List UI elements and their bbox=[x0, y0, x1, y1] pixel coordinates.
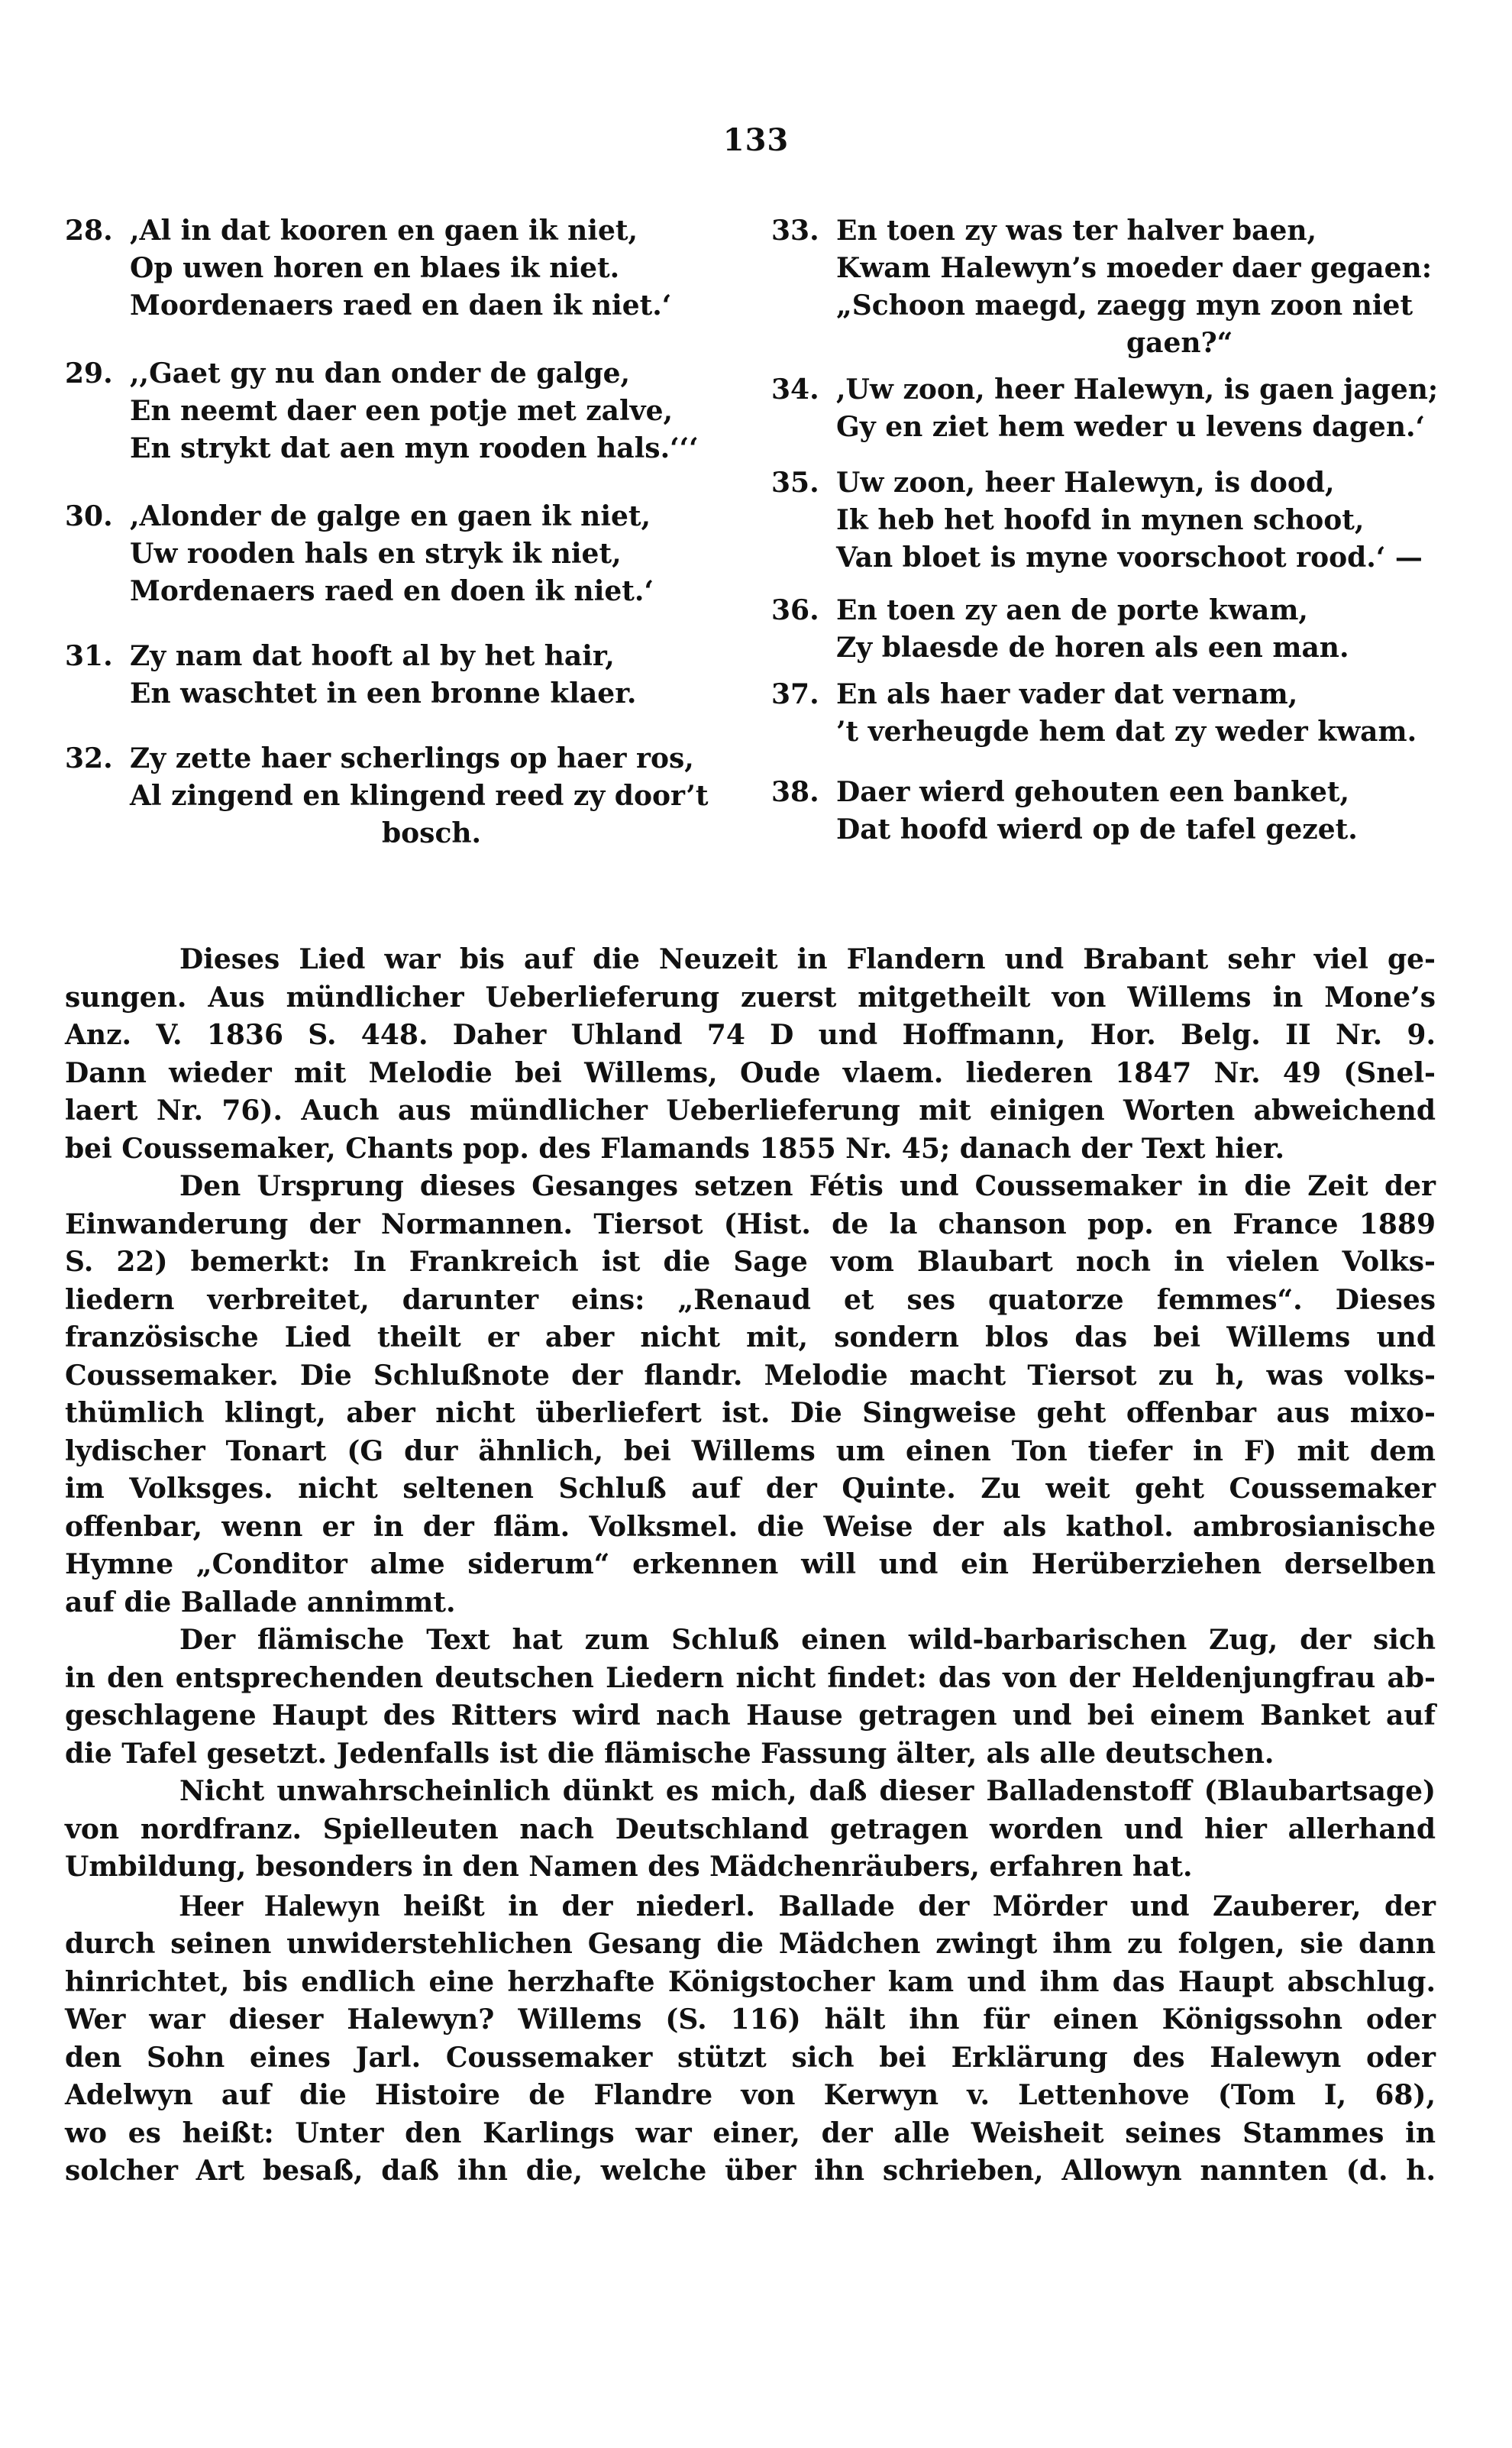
prose-line: Dieses Lied war bis auf die Neuzeit in F… bbox=[65, 941, 1436, 979]
prose-line: bei Coussemaker, Chants pop. des Flamand… bbox=[65, 1130, 1436, 1169]
verse-line-continuation: gaen?“ bbox=[836, 325, 1443, 362]
prose-line: thümlich klingt, aber nicht überliefert … bbox=[65, 1395, 1436, 1433]
prose-line: wo es heißt: Unter den Karlings war eine… bbox=[65, 2115, 1436, 2153]
inline-heading: Heer Halewyn bbox=[179, 1888, 380, 1923]
prose-line: liedern verbreitet, darunter eins: „Rena… bbox=[65, 1282, 1436, 1320]
prose-line: Coussemaker. Die Schlußnote der flandr. … bbox=[65, 1357, 1436, 1395]
stanza-number: 34. bbox=[771, 371, 819, 409]
prose-line: Der flämische Text hat zum Schluß einen … bbox=[65, 1622, 1436, 1660]
stanza-number: 35. bbox=[771, 464, 819, 502]
prose-line: laert Nr. 76). Auch aus mündlicher Ueber… bbox=[65, 1092, 1436, 1130]
prose-line: solcher Art besaß, daß ihn die, welche ü… bbox=[65, 2152, 1436, 2191]
stanza-number: 29. bbox=[65, 355, 113, 393]
prose-line: französische Lied theilt er aber nicht m… bbox=[65, 1319, 1436, 1357]
stanza-number: 33. bbox=[771, 212, 819, 250]
stanza-number: 30. bbox=[65, 498, 113, 535]
verse-line: ,Al in dat kooren en gaen ik niet, bbox=[130, 212, 737, 250]
verse-line: Zy zette haer scherlings op haer ros, bbox=[130, 740, 737, 778]
stanza: 37.En als haer vader dat vernam,’t verhe… bbox=[771, 676, 1443, 751]
prose-line: Hymne „Conditor alme siderum“ erkennen w… bbox=[65, 1546, 1436, 1584]
stanza-number: 36. bbox=[771, 592, 819, 629]
prose-line: in den entsprechenden deutschen Liedern … bbox=[65, 1660, 1436, 1698]
stanza: 30.,Alonder de galge en gaen ik niet,Uw … bbox=[65, 498, 737, 610]
stanza: 35.Uw zoon, heer Halewyn, is dood,Ik heb… bbox=[771, 464, 1443, 577]
verse-line: Ik heb het hoofd in mynen schoot, bbox=[836, 502, 1443, 539]
stanza: 29.,,Gaet gy nu dan onder de galge,En ne… bbox=[65, 355, 737, 467]
prose-line: auf die Ballade annimmt. bbox=[65, 1584, 1436, 1622]
prose-line: offenbar, wenn er in der fläm. Volksmel.… bbox=[65, 1509, 1436, 1547]
verse-line: En als haer vader dat vernam, bbox=[836, 676, 1443, 713]
stanza-number: 37. bbox=[771, 676, 819, 713]
verse-line: Mordenaers raed en doen ik niet.‘ bbox=[130, 573, 737, 610]
verse-line: Zy blaesde de horen als een man. bbox=[836, 629, 1443, 667]
prose-line: durch seinen unwiderstehlichen Gesang di… bbox=[65, 1926, 1436, 1964]
verse-line: En toen zy was ter halver baen, bbox=[836, 212, 1443, 250]
verse-line: En strykt dat aen myn rooden hals.‘‘‘ bbox=[130, 430, 737, 467]
verse-column-right: 33.En toen zy was ter halver baen,Kwam H… bbox=[771, 212, 1443, 867]
verse-line: ’t verheugde hem dat zy weder kwam. bbox=[836, 713, 1443, 751]
prose-line: Nicht unwahrscheinlich dünkt es mich, da… bbox=[65, 1773, 1436, 1811]
stanza-number: 32. bbox=[65, 740, 113, 778]
prose-line: lydischer Tonart (G dur ähnlich, bei Wil… bbox=[65, 1433, 1436, 1471]
prose-line: Anz. V. 1836 S. 448. Daher Uhland 74 D u… bbox=[65, 1017, 1436, 1055]
prose-line: Umbildung, besonders in den Namen des Mä… bbox=[65, 1848, 1436, 1887]
verse-line-continuation: bosch. bbox=[130, 815, 737, 852]
prose-line: Heer Halewyn heißt in der niederl. Balla… bbox=[65, 1887, 1436, 1926]
verse-line: ,Uw zoon, heer Halewyn, is gaen jagen; bbox=[836, 371, 1443, 409]
verse-line: Zy nam dat hooft al by het hair, bbox=[130, 638, 737, 675]
prose-line: im Volksges. nicht seltenen Schluß auf d… bbox=[65, 1470, 1436, 1509]
verse-column-left: 28.,Al in dat kooren en gaen ik niet,Op … bbox=[65, 212, 737, 871]
verse-line: Uw rooden hals en stryk ik niet, bbox=[130, 535, 737, 573]
prose-line: Den Ursprung dieses Gesanges setzen Féti… bbox=[65, 1168, 1436, 1206]
verse-line: Kwam Halewyn’s moeder daer gegaen: bbox=[836, 250, 1443, 287]
stanza: 33.En toen zy was ter halver baen,Kwam H… bbox=[771, 212, 1443, 362]
prose-line: sungen. Aus mündlicher Ueberlieferung zu… bbox=[65, 979, 1436, 1017]
stanza: 36.En toen zy aen de porte kwam,Zy blaes… bbox=[771, 592, 1443, 667]
stanza: 38.Daer wierd gehouten een banket,Dat ho… bbox=[771, 774, 1443, 849]
prose-line: von nordfranz. Spielleuten nach Deutschl… bbox=[65, 1811, 1436, 1849]
prose-line: hinrichtet, bis endlich eine herzhafte K… bbox=[65, 1964, 1436, 2002]
prose-line: Wer war dieser Halewyn? Willems (S. 116)… bbox=[65, 2001, 1436, 2039]
stanza-number: 28. bbox=[65, 212, 113, 250]
verse-line: En waschtet in een bronne klaer. bbox=[130, 675, 737, 713]
verse-line: Van bloet is myne voorschoot rood.‘ — bbox=[836, 539, 1443, 577]
verse-line: Op uwen horen en blaes ik niet. bbox=[130, 250, 737, 287]
verse-line: Uw zoon, heer Halewyn, is dood, bbox=[836, 464, 1443, 502]
prose-line: geschlagene Haupt des Ritters wird nach … bbox=[65, 1697, 1436, 1735]
verse-line: „Schoon maegd, zaegg myn zoon niet bbox=[836, 287, 1443, 325]
prose-line: die Tafel gesetzt. Jedenfalls ist die fl… bbox=[65, 1735, 1436, 1774]
verse-line: Moordenaers raed en daen ik niet.‘ bbox=[130, 287, 737, 325]
verse-line: ,Alonder de galge en gaen ik niet, bbox=[130, 498, 737, 535]
stanza: 32.Zy zette haer scherlings op haer ros,… bbox=[65, 740, 737, 852]
verse-line: En neemt daer een potje met zalve, bbox=[130, 393, 737, 430]
verse-line: Daer wierd gehouten een banket, bbox=[836, 774, 1443, 811]
stanza: 34.,Uw zoon, heer Halewyn, is gaen jagen… bbox=[771, 371, 1443, 446]
stanza-number: 38. bbox=[771, 774, 819, 811]
prose-line: den Sohn eines Jarl. Coussemaker stützt … bbox=[65, 2039, 1436, 2078]
prose-line: Einwanderung der Normannen. Tiersot (His… bbox=[65, 1206, 1436, 1244]
commentary-prose: Dieses Lied war bis auf die Neuzeit in F… bbox=[65, 941, 1436, 2191]
verse-line: ,,Gaet gy nu dan onder de galge, bbox=[130, 355, 737, 393]
page-number: 133 bbox=[0, 122, 1512, 158]
verse-line: Gy en ziet hem weder u levens dagen.‘ bbox=[836, 409, 1443, 446]
prose-line: Adelwyn auf die Histoire de Flandre von … bbox=[65, 2077, 1436, 2115]
verse-line: Dat hoofd wierd op de tafel gezet. bbox=[836, 811, 1443, 849]
stanza-number: 31. bbox=[65, 638, 113, 675]
prose-line: Dann wieder mit Melodie bei Willems, Oud… bbox=[65, 1055, 1436, 1093]
prose-line: S. 22) bemerkt: In Frankreich ist die Sa… bbox=[65, 1243, 1436, 1282]
stanza: 31.Zy nam dat hooft al by het hair,En wa… bbox=[65, 638, 737, 713]
verse-line: Al zingend en klingend reed zy door’t bbox=[130, 778, 737, 815]
verse-line: En toen zy aen de porte kwam, bbox=[836, 592, 1443, 629]
stanza: 28.,Al in dat kooren en gaen ik niet,Op … bbox=[65, 212, 737, 325]
prose-line-text: heißt in der niederl. Ballade der Mörder… bbox=[380, 1890, 1436, 1923]
